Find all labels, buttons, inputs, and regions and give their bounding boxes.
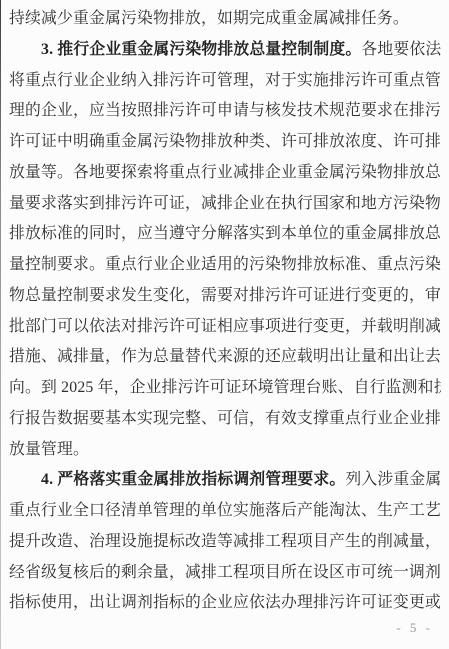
text-line: 4. 严格落实重金属排放指标调剂管理要求。列入涉重金属 <box>9 465 441 496</box>
body-text: 行报告数据要基本实现完整、可信，有效支撑重点行业企业排 <box>9 410 441 427</box>
body-text: 措施、减排量，作为总量替代来源的还应载明出让量和出让去 <box>9 348 441 365</box>
body-text: 放量管理。 <box>9 441 89 458</box>
body-text: 提升改造、治理设施提标改造等减排工程项目产生的削减量， <box>9 533 441 550</box>
text-line: 量要求落实到排污许可证，减排企业在执行国家和地方污染物 <box>9 189 441 220</box>
text-line: 提升改造、治理设施提标改造等减排工程项目产生的削减量， <box>9 527 441 558</box>
document-page: 持续减少重金属污染物排放，如期完成重金属减排任务。 3. 推行企业重金属污染物排… <box>0 0 449 619</box>
body-text: 重点行业全口径清单管理的单位实施落后产能淘汰、生产工艺 <box>9 502 441 519</box>
body-text: 放量等。各地要探索将重点行业减排企业重金属污染物排放总 <box>9 164 441 181</box>
body-text: 量控制要求。重点行业企业适用的污染物排放标准、重点污染 <box>9 256 441 273</box>
body-text: 经省级复核后的剩余量，减排工程项目所在设区市可统一调剂 <box>9 564 441 581</box>
body-text: 持续减少重金属污染物排放，如期完成重金属减排任务。 <box>9 10 409 27</box>
text-line: 放量管理。 <box>9 435 441 466</box>
text-line: 经省级复核后的剩余量，减排工程项目所在设区市可统一调剂 <box>9 558 441 589</box>
text-line: 排放标准的同时，应当遵守分解落实到本单位的重金属排放总 <box>9 219 441 250</box>
section-heading-3: 3. 推行企业重金属污染物排放总量控制制度。 <box>41 41 361 58</box>
text-line: 重点行业全口径清单管理的单位实施落后产能淘汰、生产工艺 <box>9 496 441 527</box>
text-line: 指标使用，出让调剂指标的企业应依法办理排污许可证变更或 <box>9 588 441 619</box>
text-line: 物总量控制要求发生变化，需要对排污许可证进行变更的，审 <box>9 281 441 312</box>
text-line: 措施、减排量，作为总量替代来源的还应载明出让量和出让去 <box>9 342 441 373</box>
body-text: 量要求落实到排污许可证，减排企业在执行国家和地方污染物 <box>9 195 441 212</box>
text-line: 理的企业，应当按照排污许可申请与核发技术规范要求在排污 <box>9 96 441 127</box>
page-number: - 5 - <box>396 620 433 636</box>
text-line: 批部门可以依法对排污许可证相应事项进行变更，并载明削减 <box>9 312 441 343</box>
text-line: 行报告数据要基本实现完整、可信，有效支撑重点行业企业排 <box>9 404 441 435</box>
text-line: 量控制要求。重点行业企业适用的污染物排放标准、重点污染 <box>9 250 441 281</box>
body-text: 各地要依法 <box>361 41 441 58</box>
body-text: 向。到 2025 年，企业排污许可证环境管理台账、自行监测和执 <box>9 379 441 396</box>
text-line: 许可证中明确重金属污染物排放种类、许可排放浓度、许可排 <box>9 127 441 158</box>
body-text: 列入涉重金属 <box>345 471 441 488</box>
text-line: 向。到 2025 年，企业排污许可证环境管理台账、自行监测和执 <box>9 373 441 404</box>
body-text: 物总量控制要求发生变化，需要对排污许可证进行变更的，审 <box>9 287 441 304</box>
section-heading-4: 4. 严格落实重金属排放指标调剂管理要求。 <box>41 471 345 488</box>
body-text: 批部门可以依法对排污许可证相应事项进行变更，并载明削减 <box>9 318 441 335</box>
text-line: 将重点行业企业纳入排污许可管理，对于实施排污许可重点管 <box>9 66 441 97</box>
body-text: 许可证中明确重金属污染物排放种类、许可排放浓度、许可排 <box>9 133 441 150</box>
text-line: 持续减少重金属污染物排放，如期完成重金属减排任务。 <box>9 4 441 35</box>
body-text: 指标使用，出让调剂指标的企业应依法办理排污许可证变更或 <box>9 594 441 611</box>
body-text: 理的企业，应当按照排污许可申请与核发技术规范要求在排污 <box>9 102 441 119</box>
text-line: 放量等。各地要探索将重点行业减排企业重金属污染物排放总 <box>9 158 441 189</box>
text-line: 3. 推行企业重金属污染物排放总量控制制度。各地要依法 <box>9 35 441 66</box>
body-text: 排放标准的同时，应当遵守分解落实到本单位的重金属排放总 <box>9 225 441 242</box>
body-text: 将重点行业企业纳入排污许可管理，对于实施排污许可重点管 <box>9 72 441 89</box>
